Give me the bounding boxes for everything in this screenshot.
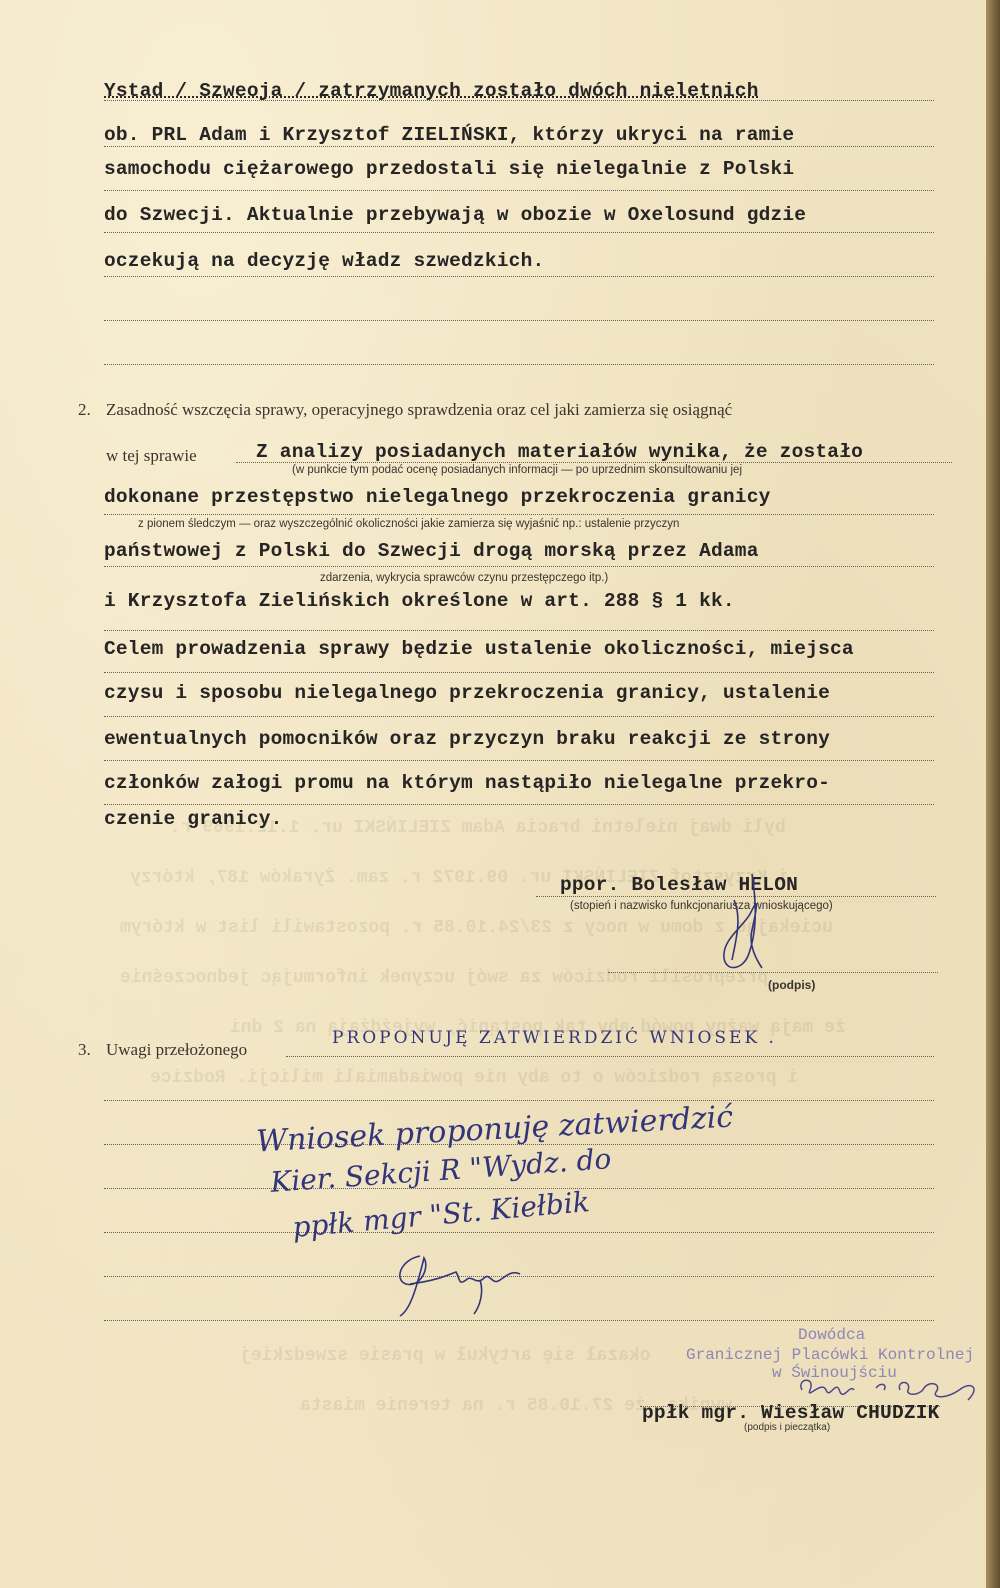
typed-line: czenie granicy. — [104, 808, 283, 830]
typed-line: czysu i sposobu nielegalnego przekroczen… — [104, 682, 830, 704]
supervisor-signature — [380, 1250, 540, 1320]
form-line — [104, 276, 934, 277]
form-line — [104, 804, 934, 805]
typed-line: ob. PRL Adam i Krzysztof ZIELIŃSKI, któr… — [104, 124, 794, 146]
typed-line: Z analizy posiadanych materiałów wynika,… — [256, 441, 863, 463]
form-hint: z pionem śledczym — oraz wyszczególnić o… — [138, 518, 679, 530]
form-line — [104, 146, 934, 147]
form-line — [104, 672, 934, 673]
form-line — [104, 1320, 934, 1321]
form-line — [104, 190, 934, 191]
typed-line: dokonane przestępstwo nielegalnego przek… — [104, 486, 771, 508]
form-line — [104, 760, 934, 761]
form-line — [104, 232, 934, 233]
handwritten-remark: PROPONUJĘ ZATWIERDZIĆ WNIOSEK . — [332, 1028, 777, 1048]
typed-line: ewentualnych pomocników oraz przyczyn br… — [104, 728, 830, 750]
form-line — [104, 566, 934, 567]
bleed-through-text: i proszą rodziców o to aby nie powiadami… — [150, 1068, 798, 1088]
section-number: 3. — [78, 1040, 91, 1060]
stamp-line: Granicznej Placówki Kontrolnej — [686, 1346, 974, 1364]
typed-line: samochodu ciężarowego przedostali się ni… — [104, 158, 794, 180]
typed-line: Ystad / Szweoja / zatrzymanych zostało d… — [104, 80, 759, 102]
signature-caption: (podpis) — [768, 978, 815, 992]
typed-line: i Krzysztofa Zielińskich określone w art… — [104, 590, 735, 612]
form-line — [104, 514, 934, 515]
typed-line: państwowej z Polski do Szwecji drogą mor… — [104, 540, 759, 562]
stamp-line: Dowódca — [798, 1326, 865, 1344]
bleed-through-text: przeprosili rodziców za swój uczynek inf… — [120, 968, 768, 988]
section-prompt: Zasadność wszczęcia sprawy, operacyjnego… — [106, 400, 732, 420]
officer-signature — [712, 870, 772, 980]
form-line — [104, 100, 934, 101]
form-line — [286, 1056, 934, 1057]
form-line — [104, 630, 934, 631]
officer-caption: (stopień i nazwisko funkcjonariusza wnio… — [570, 900, 833, 912]
section-number: 2. — [78, 400, 91, 420]
form-line — [104, 1188, 934, 1189]
form-line — [608, 972, 938, 973]
form-line — [104, 716, 934, 717]
form-hint: (w punkcie tym podać ocenę posiadanych i… — [292, 464, 742, 476]
form-line — [104, 1232, 934, 1233]
commander-caption: (podpis i pieczątka) — [744, 1422, 830, 1433]
form-line — [236, 462, 952, 463]
bleed-through-text: okazał się artykuł w prasie szwedzkiej — [240, 1346, 650, 1366]
section-label: Uwagi przełożonego — [106, 1040, 247, 1060]
typed-line: członków załogi promu na którym nastąpił… — [104, 772, 830, 794]
page-edge — [986, 0, 1000, 1588]
typed-line: Celem prowadzenia sprawy będzie ustaleni… — [104, 638, 854, 660]
form-hint: zdarzenia, wykrycia sprawców czynu przes… — [320, 572, 608, 584]
section-prompt-prefix: w tej sprawie — [106, 446, 197, 466]
typed-line: oczekują na decyzję władz szwedzkich. — [104, 250, 544, 272]
typed-line: do Szwecji. Aktualnie przebywają w obozi… — [104, 204, 806, 226]
form-line — [104, 1100, 934, 1101]
form-line — [104, 320, 934, 321]
form-line — [104, 364, 934, 365]
commander-name: ppłk mgr. Wiesław CHUDZIK — [642, 1402, 940, 1424]
